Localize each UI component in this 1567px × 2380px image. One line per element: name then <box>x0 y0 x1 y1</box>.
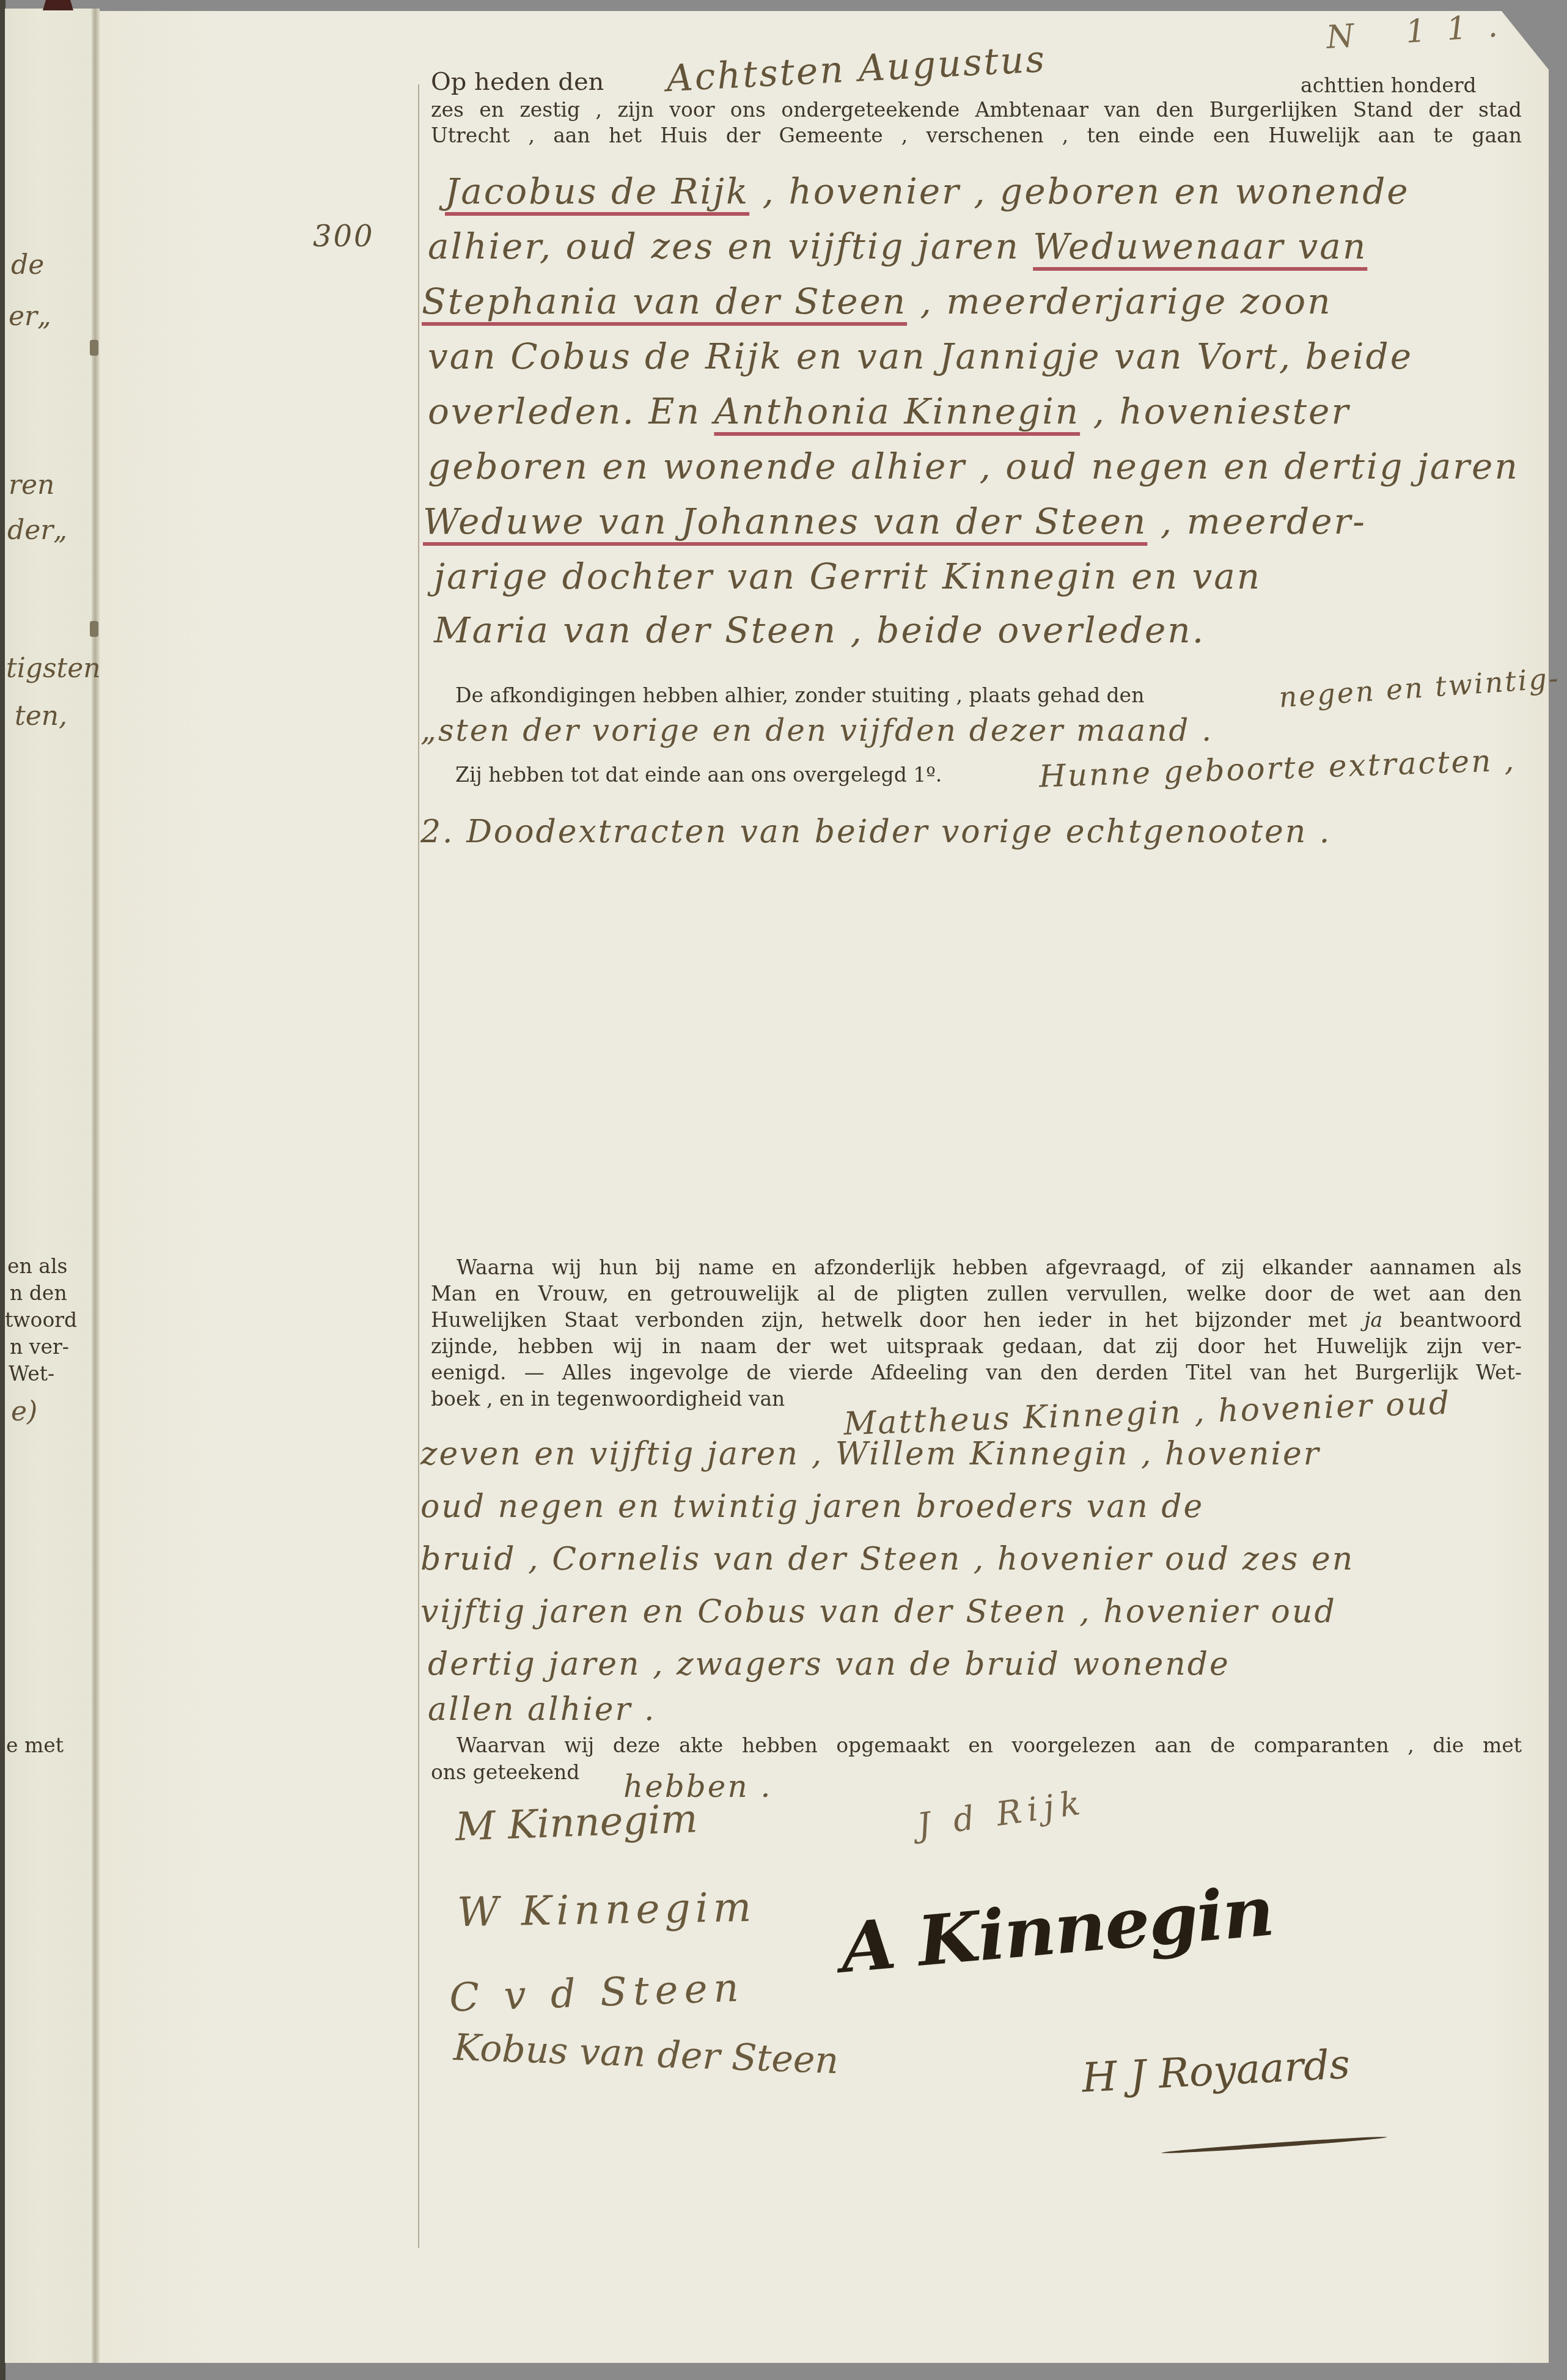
sliver-fragment: en als <box>7 1254 67 1278</box>
announcement-printed-1: De afkondigingen hebben alhier, zonder s… <box>455 682 1144 709</box>
witness-line-7: allen alhier . <box>428 1688 656 1731</box>
sliver-fragment: n den <box>10 1281 67 1305</box>
party-line: overleden. En Anthonia Kinnegin , hoveni… <box>428 390 1350 433</box>
ceremony-line-4: zijnde, hebben wij in naam der wet uitsp… <box>431 1333 1522 1359</box>
party-text: , hovenier , geboren en wonende <box>749 171 1409 212</box>
ja-answer: ja <box>1364 1308 1382 1332</box>
sliver-fragment: ren <box>9 469 54 501</box>
closing-line-2: ons geteekend <box>431 1759 579 1786</box>
witness-line-4: bruid , Cornelis van der Steen , hovenie… <box>420 1538 1354 1581</box>
party-text: , hoveniester <box>1080 391 1350 432</box>
sliver-fragment: n ver- <box>10 1335 69 1359</box>
party-line: alhier, oud zes en vijftig jaren Weduwen… <box>428 225 1367 268</box>
party-line: Jacobus de Rijk , hovenier , geboren en … <box>445 170 1410 213</box>
bride-name: Anthonia Kinnegin <box>714 391 1080 432</box>
sliver-fragment: ten, <box>15 700 67 732</box>
witness-line-6: dertig jaren , zwagers van de bruid wone… <box>428 1643 1230 1686</box>
opening-line-1a: Op heden den <box>431 68 604 95</box>
ceremony-text: beantwoord <box>1382 1308 1522 1332</box>
sliver-fragment: tigsten <box>6 653 101 684</box>
sliver-fragment: de <box>11 249 44 281</box>
party-line: van Cobus de Rijk en van Jannigje van Vo… <box>428 335 1413 378</box>
sliver-fragment: e met <box>6 1733 64 1757</box>
ceremony-line-1: Waarna wij hun bij name en afzonderlijk … <box>431 1254 1522 1280</box>
binding-stitch <box>90 621 98 637</box>
ceremony-line-3: Huwelijken Staat verbonden zijn, hetwelk… <box>431 1307 1522 1333</box>
spine-tab <box>43 0 73 10</box>
widower-status: Weduwenaar van <box>1033 226 1367 267</box>
sliver-fragment: e) <box>11 1396 37 1427</box>
signature-m-kinnegim: M Kinnegim <box>455 1796 699 1850</box>
record-number: 300 <box>313 215 375 258</box>
margin-rule <box>418 84 419 2248</box>
party-text: , meerderjarige zoon <box>907 281 1332 322</box>
scanned-marriage-record: de er„ ren der„ tigsten ten, en als n de… <box>0 0 1567 2380</box>
announcement-hw-4: 2. Doodextracten van beider vorige echtg… <box>420 810 1331 853</box>
party-text: Maria van der Steen , beide overleden. <box>434 609 1205 651</box>
previous-page-sliver <box>5 9 92 2363</box>
announcement-hw-2: „sten der vorige en den vijfden dezer ma… <box>420 709 1213 752</box>
opening-line-2: zes en zestig , zijn voor ons ondergetee… <box>431 97 1522 123</box>
groom-name: Jacobus de Rijk <box>445 171 749 212</box>
opening-line-3: Utrecht , aan het Huis der Gemeente , ve… <box>431 122 1522 149</box>
sliver-fragment: er„ <box>9 301 51 332</box>
binding-gutter <box>92 9 100 2363</box>
party-line: Maria van der Steen , beide overleden. <box>434 609 1205 652</box>
party-text: overleden. En <box>428 391 714 432</box>
party-line: geboren en wonende alhier , oud negen en… <box>428 445 1519 488</box>
binding-stitch <box>90 340 98 356</box>
party-text: alhier, oud zes en vijftig jaren <box>428 226 1033 267</box>
widow-status: Weduwe van Johannes van der Steen <box>423 501 1147 542</box>
party-text: van Cobus de Rijk en van Jannigje van Vo… <box>428 336 1413 377</box>
party-text: jarige dochter van Gerrit Kinnegin en va… <box>434 556 1261 597</box>
closing-line-1: Waarvan wij deze akte hebben opgemaakt e… <box>431 1732 1522 1758</box>
late-wife-name: Stephania van der Steen <box>422 281 907 322</box>
announcement-printed-3: Zij hebben tot dat einde aan ons overgel… <box>455 762 942 788</box>
sliver-fragment: Wet- <box>9 1362 54 1386</box>
ceremony-text: Huwelijken Staat verbonden zijn, hetwelk… <box>431 1308 1364 1332</box>
party-text: geboren en wonende alhier , oud negen en… <box>428 446 1519 487</box>
witness-line-5: vijftig jaren en Cobus van der Steen , h… <box>420 1590 1337 1633</box>
sliver-fragment: der„ <box>7 515 67 546</box>
sliver-fragment: twoord <box>5 1308 77 1332</box>
party-text: , meerder- <box>1147 501 1366 542</box>
ceremony-line-5: eenigd. — Alles ingevolge de vierde Afde… <box>431 1359 1522 1386</box>
party-line: jarige dochter van Gerrit Kinnegin en va… <box>434 555 1261 598</box>
party-line: Weduwe van Johannes van der Steen , meer… <box>423 500 1367 543</box>
witness-line-2: zeven en vijftig jaren , Willem Kinnegin… <box>420 1433 1321 1475</box>
ceremony-line-6: boek , en in tegenwoordigheid van <box>431 1386 785 1412</box>
witness-line-3: oud negen en twintig jaren broeders van … <box>420 1485 1204 1528</box>
signature-w-kinnegim: W Kinnegim <box>457 1884 757 1936</box>
opening-line-1b: achttien honderd <box>1301 72 1477 99</box>
ceremony-line-2: Man en Vrouw, en getrouwelijk al de plig… <box>431 1280 1522 1307</box>
party-line: Stephania van der Steen , meerderjarige … <box>422 280 1332 323</box>
